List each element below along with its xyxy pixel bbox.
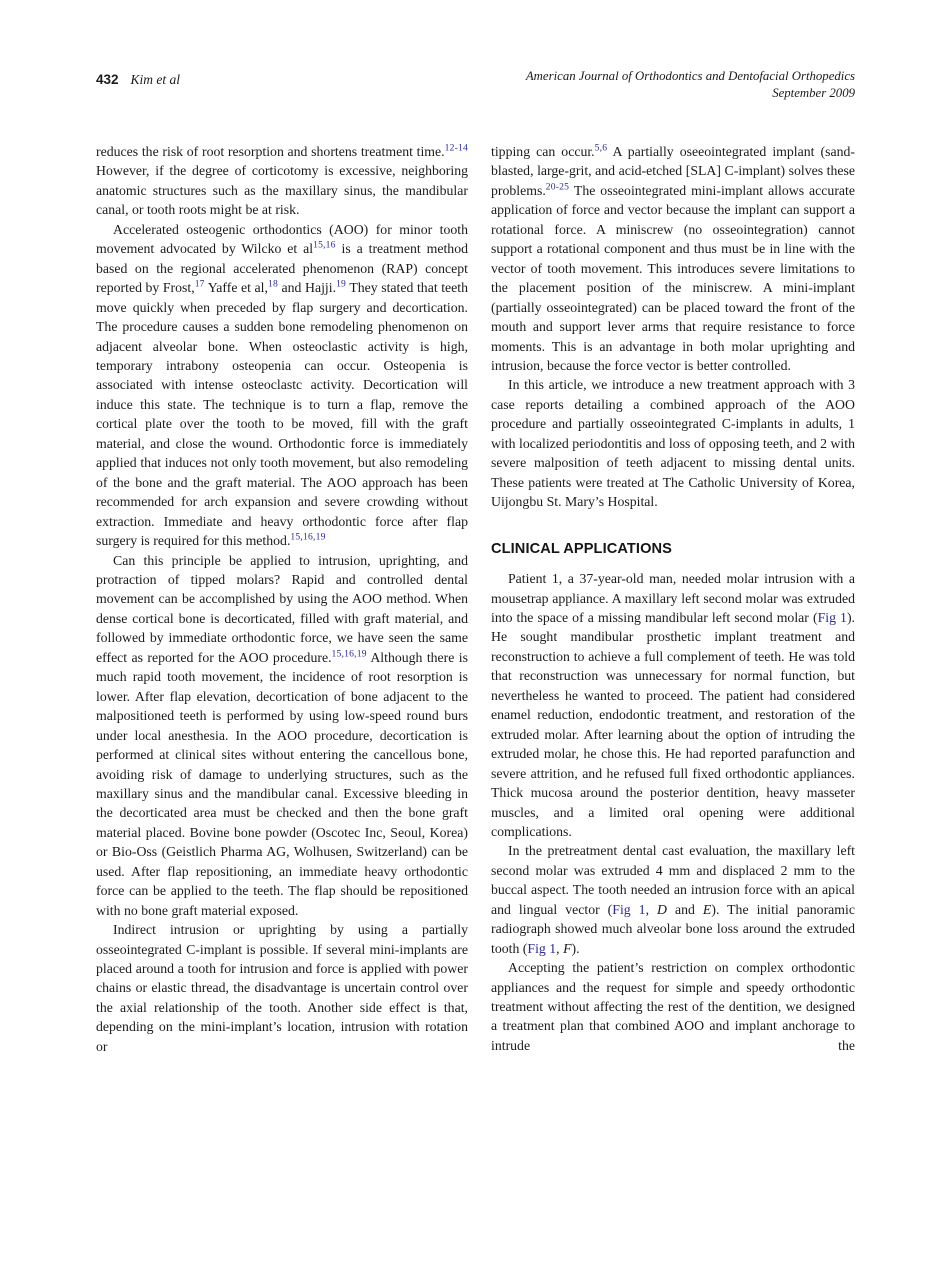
left-column: reduces the risk of root resorption and … — [96, 142, 468, 1056]
reference-citation-link[interactable]: 15,16 — [313, 240, 336, 251]
paragraph: Patient 1, a 37-year-old man, needed mol… — [491, 569, 855, 841]
paragraph: In this article, we introduce a new trea… — [491, 375, 855, 511]
reference-citation-link[interactable]: 18 — [268, 279, 278, 290]
italic-label: D — [657, 902, 667, 917]
reference-citation-link[interactable]: 12-14 — [445, 142, 468, 153]
running-head-left: 432Kim et al — [96, 71, 180, 89]
paragraph: reduces the risk of root resorption and … — [96, 142, 468, 220]
paragraph: In the pretreatment dental cast evaluati… — [491, 841, 855, 958]
italic-label: F — [563, 941, 571, 956]
paragraph: tipping can occur.5,6 A partially oseeoi… — [491, 142, 855, 375]
right-column: tipping can occur.5,6 A partially oseeoi… — [491, 142, 855, 1055]
reference-citation-link[interactable]: 5,6 — [595, 142, 608, 153]
paragraph: Can this principle be applied to intrusi… — [96, 551, 468, 921]
section-heading: CLINICAL APPLICATIONS — [491, 540, 855, 559]
reference-citation-link[interactable]: 20-25 — [546, 181, 569, 192]
journal-title: American Journal of Orthodontics and Den… — [526, 68, 855, 85]
paragraph: Accepting the patient’s restriction on c… — [491, 958, 855, 1055]
reference-citation-link[interactable]: 15,16,19 — [290, 531, 325, 542]
reference-citation-link[interactable]: 15,16,19 — [332, 648, 367, 659]
italic-label: E — [703, 902, 711, 917]
running-authors: Kim et al — [131, 72, 181, 87]
paragraph: Accelerated osteogenic orthodontics (AOO… — [96, 220, 468, 551]
reference-citation-link[interactable]: 17 — [195, 279, 205, 290]
figure-link[interactable]: Fig 1 — [612, 902, 645, 917]
running-head-right: American Journal of Orthodontics and Den… — [526, 68, 855, 101]
figure-link[interactable]: Fig 1 — [527, 941, 556, 956]
page-number: 432 — [96, 72, 119, 87]
reference-citation-link[interactable]: 19 — [336, 279, 346, 290]
issue-date: September 2009 — [526, 85, 855, 102]
journal-page: 432Kim et al American Journal of Orthodo… — [0, 0, 950, 1272]
figure-link[interactable]: Fig 1 — [818, 610, 847, 625]
paragraph: Indirect intrusion or uprighting by usin… — [96, 920, 468, 1056]
